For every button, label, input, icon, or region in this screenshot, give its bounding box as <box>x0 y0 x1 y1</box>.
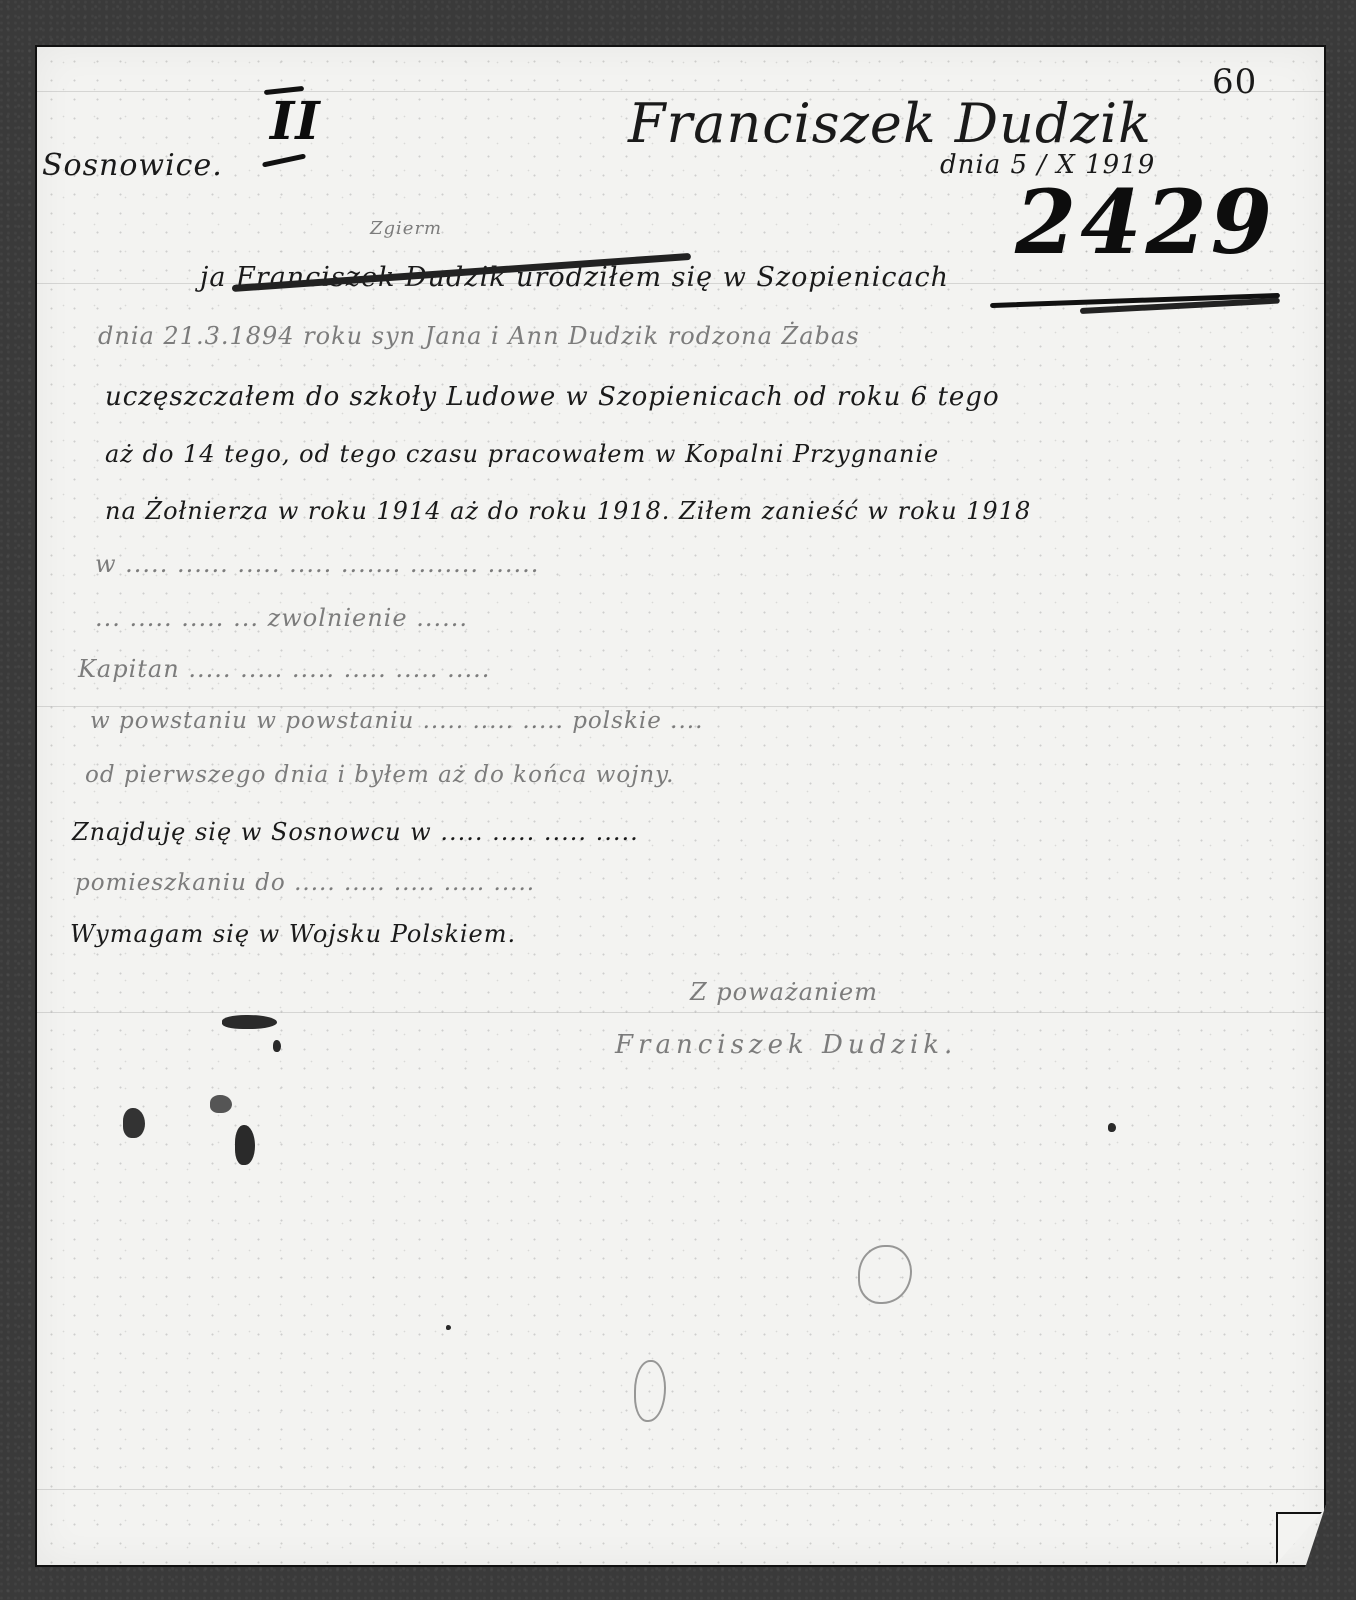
ink-stain <box>123 1108 145 1138</box>
ink-spot <box>1108 1123 1116 1132</box>
body-line-2: dnia 21.3.1894 roku syn Jana i Ann Dudzi… <box>98 322 860 350</box>
registry-number: 2429 <box>1015 170 1276 274</box>
closing-text: Z poważaniem <box>690 978 878 1006</box>
ink-stain <box>222 1015 277 1029</box>
roman-numeral: II <box>262 88 308 166</box>
body-line-5: na Żołnierza w roku 1914 aż do roku 1918… <box>105 497 1031 525</box>
body-line-13: Wymagam się w Wojsku Polskiem. <box>70 920 516 948</box>
body-line-11: Znajduję się w Sosnowcu w ..... ..... ..… <box>72 818 639 846</box>
body-line-10: od pierwszego dnia i byłem aż do końca w… <box>85 762 674 788</box>
body-line-4: aż do 14 tego, od tego czasu pracowałem … <box>105 440 939 468</box>
body-line-3: uczęszczałem do szkoły Ludowe w Szopieni… <box>105 382 1000 412</box>
page-number: 60 <box>1212 62 1257 102</box>
body-line-8: Kapitan ..... ..... ..... ..... ..... ..… <box>78 655 490 683</box>
place-name: Sosnowice. <box>42 148 223 183</box>
ruled-line <box>37 706 1324 707</box>
correction-note: Zgierm <box>370 218 442 239</box>
name-heading: Franciszek Dudzik <box>628 92 1152 155</box>
body-line-7: ... ..... ..... ... zwolnienie ...... <box>95 604 468 632</box>
ruled-line <box>37 1012 1324 1013</box>
ink-stain <box>210 1095 232 1113</box>
ink-stain <box>235 1125 255 1165</box>
body-line-12: pomieszkaniu do ..... ..... ..... ..... … <box>75 870 535 896</box>
ink-stain <box>273 1040 281 1052</box>
ruled-line <box>37 1489 1324 1490</box>
body-line-6: w ..... ...... ..... ..... ....... .....… <box>95 550 539 578</box>
body-line-9: w powstaniu w powstaniu ..... ..... ....… <box>90 708 703 734</box>
ink-spot <box>446 1325 451 1330</box>
signature: Franciszek Dudzik. <box>615 1030 957 1060</box>
